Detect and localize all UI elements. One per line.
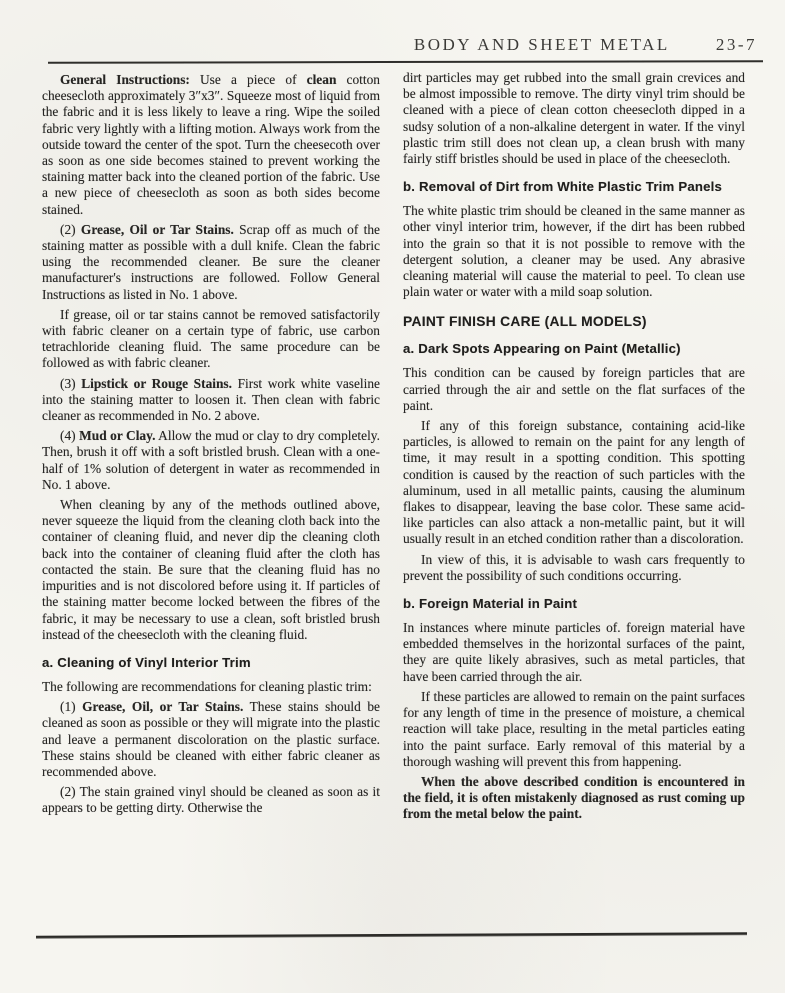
paragraph: (3) Lipstick or Rouge Stains. First work… bbox=[42, 376, 380, 425]
subsection-heading: b. Removal of Dirt from White Plastic Tr… bbox=[403, 179, 745, 194]
footer-rule bbox=[36, 932, 747, 938]
paragraph: General Instructions: Use a piece of cle… bbox=[42, 72, 380, 218]
bold-text-run: Mud or Clay. bbox=[79, 428, 155, 443]
bold-text-run: clean bbox=[307, 72, 337, 87]
text-run: This condition can be caused by foreign … bbox=[403, 365, 745, 412]
major-section-heading: PAINT FINISH CARE (ALL MODELS) bbox=[403, 314, 745, 329]
bold-text-run: General Instructions: bbox=[60, 72, 200, 87]
text-run: cotton cheesecloth approximately 3″x3″. … bbox=[42, 72, 380, 217]
text-run: The white plastic trim should be cleaned… bbox=[403, 203, 745, 299]
text-run: dirt particles may get rubbed into the s… bbox=[403, 70, 745, 166]
paragraph: dirt particles may get rubbed into the s… bbox=[403, 70, 745, 167]
paragraph: (2) Grease, Oil or Tar Stains. Scrap off… bbox=[42, 222, 380, 303]
bold-text-run: Lipstick or Rouge Stains. bbox=[81, 376, 232, 391]
bold-text-run: Grease, Oil, or Tar Stains. bbox=[82, 699, 243, 714]
text-run: Use a piece of bbox=[200, 72, 307, 87]
text-run: (2) bbox=[60, 222, 81, 237]
text-run: (1) bbox=[60, 699, 82, 714]
text-run: When cleaning by any of the methods outl… bbox=[42, 497, 380, 642]
paragraph: This condition can be caused by foreign … bbox=[403, 365, 745, 414]
text-run: The following are recommendations for cl… bbox=[42, 679, 372, 694]
paragraph: If any of this foreign substance, contai… bbox=[403, 418, 745, 548]
paragraph: The white plastic trim should be cleaned… bbox=[403, 203, 745, 300]
paragraph: In view of this, it is advisable to wash… bbox=[403, 552, 745, 584]
page-title: BODY AND SHEET METAL bbox=[414, 35, 670, 55]
subsection-heading: a. Dark Spots Appearing on Paint (Metall… bbox=[403, 341, 745, 356]
paragraph: The following are recommendations for cl… bbox=[42, 679, 380, 695]
paragraph: In instances where minute particles of. … bbox=[403, 620, 745, 685]
paragraph: When the above described condition is en… bbox=[403, 774, 745, 823]
paragraph: If grease, oil or tar stains cannot be r… bbox=[42, 307, 380, 372]
bold-text-run: Grease, Oil or Tar Stains. bbox=[81, 222, 234, 237]
paragraph: (2) The stain grained vinyl should be cl… bbox=[42, 784, 380, 816]
text-run: If grease, oil or tar stains cannot be r… bbox=[42, 307, 380, 371]
text-run: (4) bbox=[60, 428, 79, 443]
text-run: (3) bbox=[60, 376, 81, 391]
paragraph: (1) Grease, Oil, or Tar Stains. These st… bbox=[42, 699, 380, 780]
page-header: BODY AND SHEET METAL 23-7 bbox=[50, 35, 757, 55]
paragraph: (4) Mud or Clay. Allow the mud or clay t… bbox=[42, 428, 380, 493]
subsection-heading: b. Foreign Material in Paint bbox=[403, 596, 745, 611]
page-number: 23-7 bbox=[716, 35, 757, 55]
text-run: If these particles are allowed to remain… bbox=[403, 689, 745, 769]
subsection-heading: a. Cleaning of Vinyl Interior Trim bbox=[42, 655, 380, 670]
left-column: General Instructions: Use a piece of cle… bbox=[42, 72, 380, 821]
text-run: If any of this foreign substance, contai… bbox=[403, 418, 745, 546]
text-run: (2) The stain grained vinyl should be cl… bbox=[42, 784, 380, 815]
text-run: In view of this, it is advisable to wash… bbox=[403, 552, 745, 583]
right-column: dirt particles may get rubbed into the s… bbox=[403, 70, 745, 827]
header-rule bbox=[48, 60, 763, 63]
text-run: In instances where minute particles of. … bbox=[403, 620, 745, 684]
paragraph: When cleaning by any of the methods outl… bbox=[42, 497, 380, 643]
document-page: { "header": { "title": "BODY AND SHEET M… bbox=[0, 0, 785, 993]
paragraph: If these particles are allowed to remain… bbox=[403, 689, 745, 770]
bold-text-run: When the above described condition is en… bbox=[403, 774, 745, 821]
